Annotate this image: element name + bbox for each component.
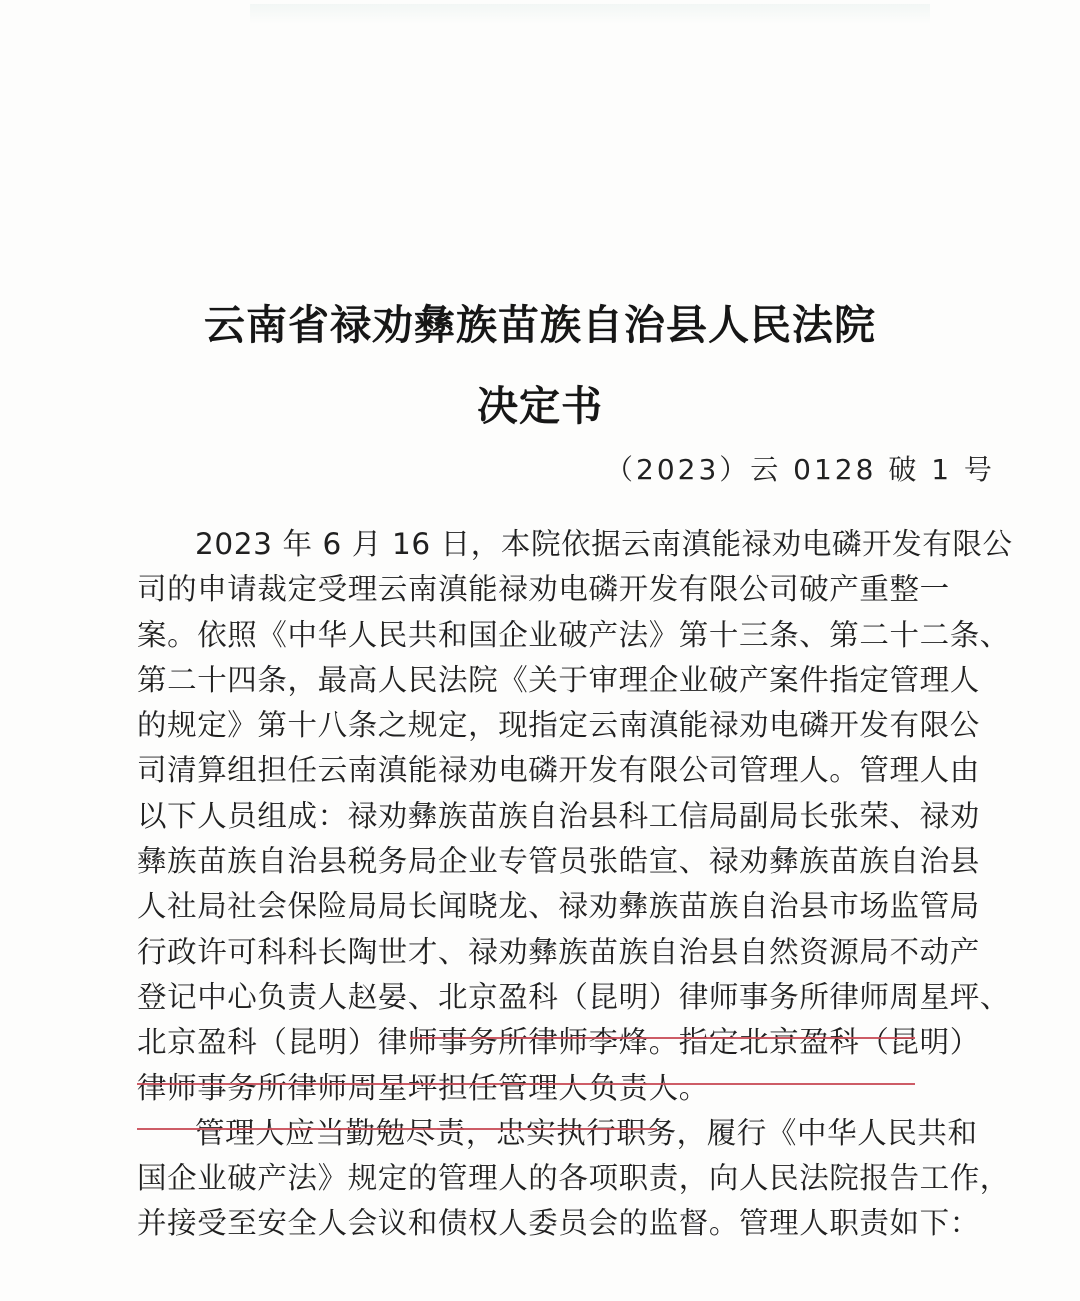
plain-text: 登记中心负责人赵晏、 — [137, 980, 438, 1014]
underlined-text: 北京盈科（昆明）律师事务所律师周星坪、 — [438, 980, 1010, 1014]
paragraph-line: 人社局社会保险局局长闻晓龙、禄劝彝族苗族自治县市场监管局 — [137, 884, 917, 929]
paragraph-1: 2023 年 6 月 16 日，本院依据云南滇能禄劝电磷开发有限公 司的申请裁定… — [137, 522, 917, 1111]
paragraph-2: 管理人应当勤勉尽责，忠实执行职务，履行《中华人民共和 国企业破产法》规定的管理人… — [137, 1111, 917, 1247]
case-number: （2023）云 0128 破 1 号 — [605, 448, 995, 488]
paragraph-line: 以下人员组成：禄劝彝族苗族自治县科工信局副局长张荣、禄劝 — [137, 794, 917, 839]
underlined-line: 北京盈科（昆明）律师事务所律师李烽。指定北京盈科（昆明） — [137, 1020, 917, 1065]
scan-artifact — [250, 4, 930, 24]
paragraph-line: 案。依照《中华人民共和国企业破产法》第十三条、第二十二条、 — [137, 613, 917, 658]
document-type-title: 决定书 — [0, 373, 1080, 432]
paragraph-line: 第二十四条，最高人民法院《关于审理企业破产案件指定管理人 — [137, 658, 917, 703]
document-body: 2023 年 6 月 16 日，本院依据云南滇能禄劝电磷开发有限公 司的申请裁定… — [137, 522, 917, 1247]
paragraph-line: 司清算组担任云南滇能禄劝电磷开发有限公司管理人。管理人由 — [137, 748, 917, 793]
paragraph-line: 国企业破产法》规定的管理人的各项职责，向人民法院报告工作， — [137, 1156, 917, 1201]
court-name-title: 云南省禄劝彝族苗族自治县人民法院 — [0, 292, 1080, 351]
paragraph-line: 的规定》第十八条之规定，现指定云南滇能禄劝电磷开发有限公 — [137, 703, 917, 748]
paragraph-line: 行政许可科科长陶世才、禄劝彝族苗族自治县自然资源局不动产 — [137, 930, 917, 975]
paragraph-line: 管理人应当勤勉尽责，忠实执行职务，履行《中华人民共和 — [137, 1111, 917, 1156]
red-underline — [137, 1128, 657, 1130]
paragraph-line: 2023 年 6 月 16 日，本院依据云南滇能禄劝电磷开发有限公 — [137, 522, 917, 567]
underlined-line: 律师事务所律师周星坪担任管理人负责人。 — [137, 1066, 917, 1111]
red-underline — [410, 1037, 915, 1039]
paragraph-line: 并接受至安全人会议和债权人委员会的监督。管理人职责如下： — [137, 1201, 917, 1246]
underlined-text: 律师事务所律师周星坪担任管理人负责人。 — [137, 1071, 709, 1105]
paragraph-line: 彝族苗族自治县税务局企业专管员张皓宣、禄劝彝族苗族自治县 — [137, 839, 917, 884]
paragraph-line: 司的申请裁定受理云南滇能禄劝电磷开发有限公司破产重整一 — [137, 567, 917, 612]
red-underline — [137, 1083, 915, 1085]
paragraph-line: 登记中心负责人赵晏、北京盈科（昆明）律师事务所律师周星坪、 — [137, 975, 917, 1020]
